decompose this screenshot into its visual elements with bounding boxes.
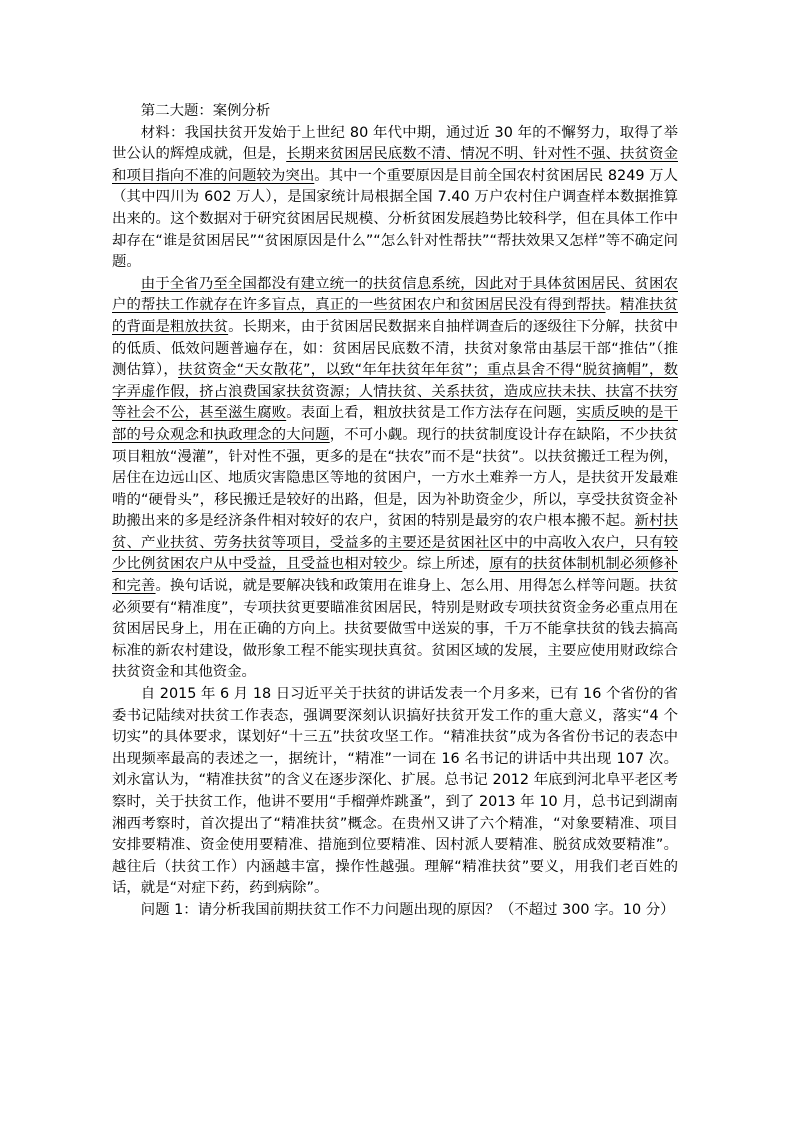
text-segment: 自 2015 年 6 月 18 日习近平关于扶贫的讲话发表一个月多来，已有 16… bbox=[112, 686, 678, 896]
document-page: 第二大题：案例分析 材料：我国扶贫开发始于上世纪 80 年代中期，通过近 30 … bbox=[112, 101, 678, 922]
section-title: 第二大题：案例分析 bbox=[112, 101, 678, 123]
paragraph-material: 材料：我国扶贫开发始于上世纪 80 年代中期，通过近 30 年的不懈努力，取得了… bbox=[112, 123, 678, 274]
underlined-segment: 由于全省乃至全国都没有建立统一的扶贫信息系统，因此对于具体贫困居民、贫困农户的帮… bbox=[112, 276, 678, 314]
paragraph-precision-poverty: 自 2015 年 6 月 18 日习近平关于扶贫的讲话发表一个月多来，已有 16… bbox=[112, 684, 678, 900]
text-segment: 。换句话说，就是要解决钱和政策用在谁身上、怎么用、用得怎么样等问题。扶贫必须要有… bbox=[112, 578, 678, 680]
question-1: 问题 1：请分析我国前期扶贫工作不力问题出现的原因？（不超过 300 字。10 … bbox=[112, 900, 678, 922]
paragraph-analysis: 由于全省乃至全国都没有建立统一的扶贫信息系统，因此对于具体贫困居民、贫困农户的帮… bbox=[112, 274, 678, 684]
text-segment: 。综上所述， bbox=[402, 556, 489, 572]
text-segment: 。 bbox=[606, 297, 621, 313]
text-segment: 。表面上看，粗放扶贫是工作方法存在问题， bbox=[286, 405, 576, 421]
